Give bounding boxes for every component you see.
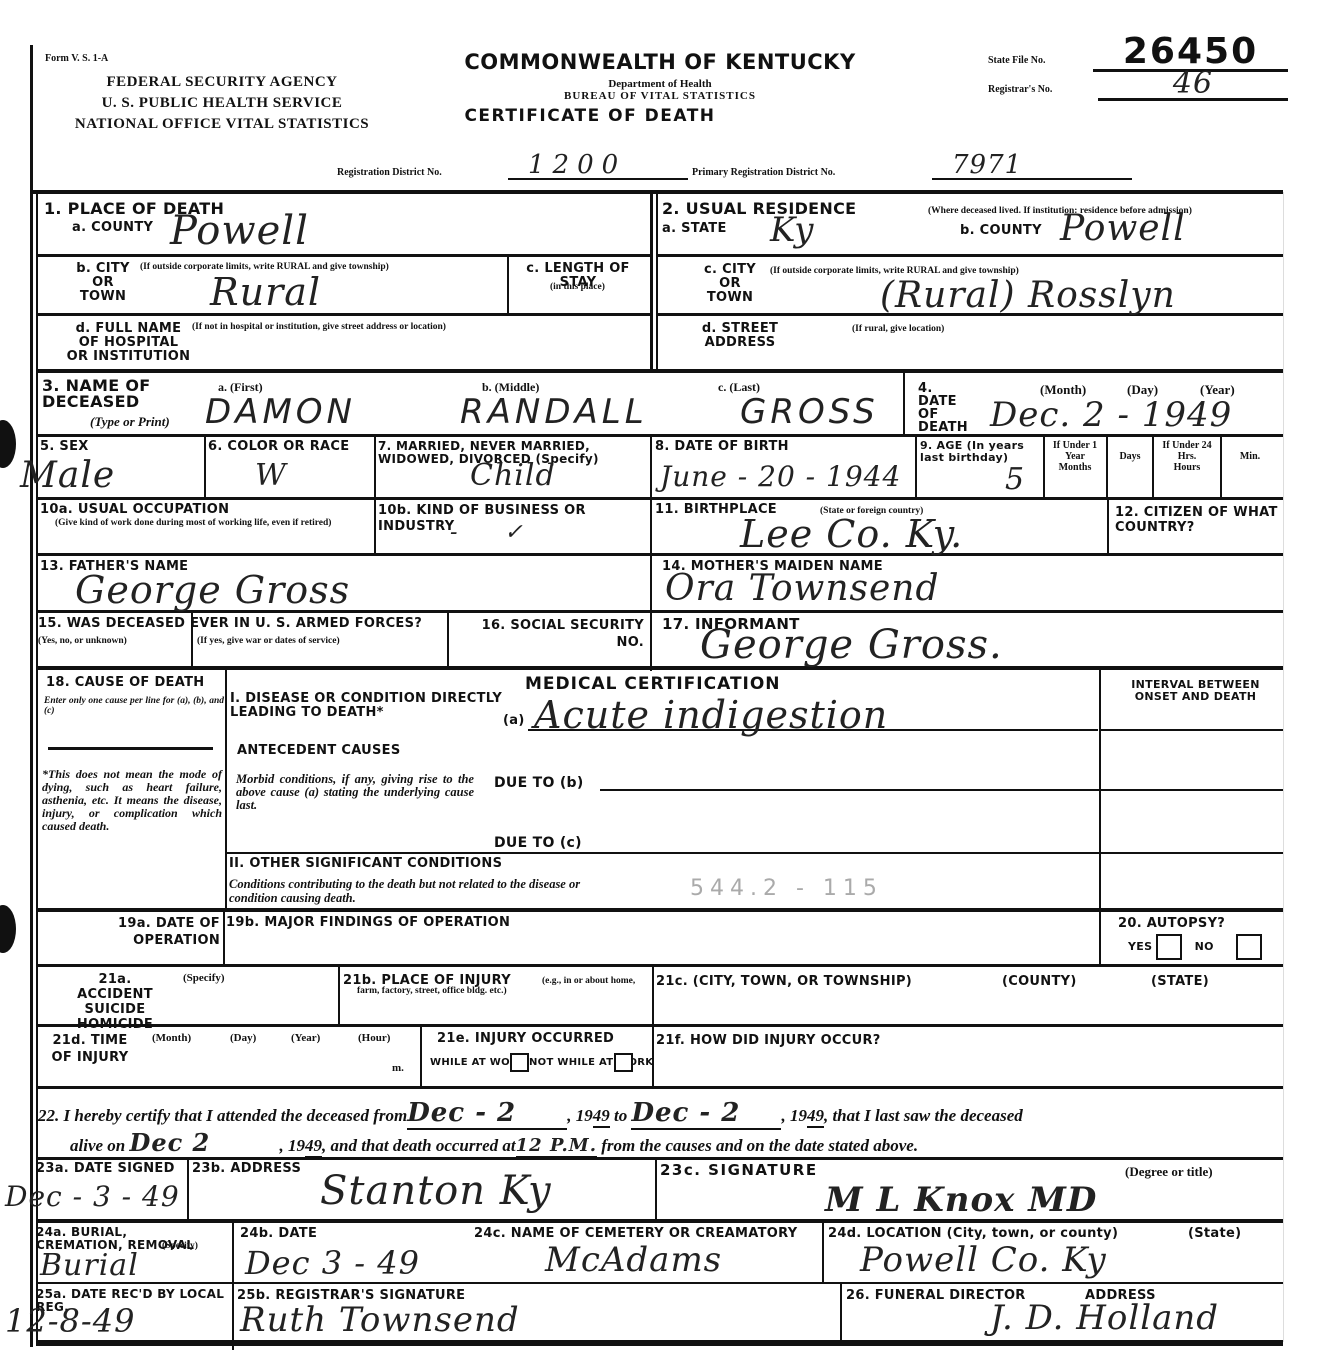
injury-place-note: (e.g., in or about home, farm, factory, …: [357, 976, 652, 996]
alive-on-value[interactable]: Dec 2: [130, 1128, 280, 1159]
burial-specify: (Specify): [162, 1241, 198, 1251]
at-work-label: WHILE AT WORK: [430, 1057, 510, 1068]
death-time-value[interactable]: 12 P.M.: [516, 1135, 597, 1158]
date-signed-label: 23a. DATE SIGNED: [36, 1162, 175, 1176]
divider: [204, 436, 206, 499]
hospital-note: (If not in hospital or institution, give…: [192, 322, 632, 332]
hours-label: Hours: [1155, 462, 1219, 473]
injury-year-label: (Year): [291, 1032, 320, 1044]
burial-date-label: 24b. DATE: [240, 1227, 317, 1241]
cemetery-label: 24c. NAME OF CEMETERY OR CREAMATORY: [474, 1227, 797, 1241]
accident-specify: (Specify): [183, 972, 225, 984]
res-city-value[interactable]: (Rural) Rosslyn: [880, 275, 1176, 316]
location-label: 24d. LOCATION (City, town, or county): [828, 1227, 1118, 1241]
other-conditions-note: Conditions contributing to the death but…: [229, 877, 624, 905]
address-label: 23b. ADDRESS: [192, 1162, 301, 1176]
middle-name-value[interactable]: RANDALL: [460, 392, 648, 432]
armed-forces-label-a: 15. WAS DECEASED EVER IN U. S. ARMED FOR…: [38, 617, 448, 631]
divider: [36, 553, 1283, 556]
autopsy-yes-label: YES: [1128, 940, 1152, 953]
cemetery-value[interactable]: McAdams: [545, 1240, 722, 1280]
divider: [420, 1026, 422, 1088]
father-value[interactable]: George Gross: [75, 568, 350, 612]
cause-of-death-label: 18. CAUSE OF DEATH: [46, 676, 204, 690]
divider: [223, 912, 225, 966]
business-value[interactable]: - ✓: [450, 520, 543, 545]
divider: [374, 436, 376, 554]
registrar-no-value: 46: [1173, 66, 1213, 101]
race-value[interactable]: W: [255, 458, 287, 493]
length-of-stay-note: (in this place): [550, 282, 605, 292]
bureau: BUREAU OF VITAL STATISTICS: [420, 90, 900, 102]
sex-value[interactable]: Male: [20, 455, 115, 496]
injury-hour-label: (Hour): [358, 1032, 390, 1044]
race-label: 6. COLOR OR RACE: [208, 440, 349, 454]
divider: [652, 966, 654, 1088]
primary-reg-district-field: 7971: [932, 150, 1132, 180]
occupation-note: (Give kind of work done during most of w…: [55, 518, 370, 528]
signature-label: 23c. SIGNATURE: [660, 1163, 818, 1177]
reg-district-value: 1200: [528, 150, 626, 180]
autopsy-no-label: NO: [1195, 940, 1214, 953]
divider: [1107, 499, 1109, 555]
age-value[interactable]: 5: [1005, 462, 1025, 497]
year-prefix: , 19: [567, 1106, 593, 1125]
dob-label: 8. DATE OF BIRTH: [655, 440, 789, 454]
min-col: Min.: [1225, 451, 1275, 462]
injury-state-label: (STATE): [1151, 975, 1209, 989]
hospital-label: d. FULL NAME OF HOSPITAL OR INSTITUTION: [66, 322, 191, 364]
age-label: 9. AGE (In years last birthday): [920, 440, 1042, 464]
state-title: COMMONWEALTH OF KENTUCKY: [420, 50, 900, 74]
divider: [48, 747, 213, 750]
cause-note: Enter only one cause per line for (a), (…: [44, 696, 224, 716]
divider: [1099, 912, 1101, 966]
certify-text-3: , and that death occurred at: [322, 1136, 516, 1155]
under-24-label: If Under 24 Hrs.: [1155, 440, 1219, 462]
citizen-label: 12. CITIZEN OF WHAT COUNTRY?: [1115, 505, 1285, 535]
res-city-label: c. CITY OR TOWN: [700, 263, 760, 305]
from-date-value[interactable]: Dec - 2: [407, 1098, 567, 1130]
res-state-value[interactable]: Ky: [770, 210, 814, 250]
certify-line-2: alive on Dec 2, 1949, and that death occ…: [70, 1128, 918, 1159]
form-id: Form V. S. 1-A: [45, 53, 108, 64]
certify-text-1: 22. I hereby certify that I attended the…: [38, 1106, 407, 1125]
left-border: [30, 45, 33, 1347]
armed-forces-note2: (If yes, give war or dates of service): [197, 636, 340, 646]
to-word: to: [614, 1106, 627, 1125]
department: Department of Health: [420, 78, 900, 90]
armed-forces-label: 15. WAS DECEASED EVER IN U. S. ARMED FOR…: [38, 616, 422, 631]
divider: [840, 1284, 842, 1344]
certificate-title: CERTIFICATE OF DEATH: [280, 106, 900, 126]
not-at-work-checkbox[interactable]: [614, 1053, 633, 1072]
injury-time-label: 21d. TIME OF INJURY: [40, 1032, 140, 1066]
divider: [36, 1086, 1283, 1089]
divider: [600, 789, 1283, 791]
divider: [338, 966, 340, 1026]
autopsy-label: 20. AUTOPSY?: [1118, 917, 1225, 931]
res-street-note: (If rural, give location): [852, 324, 944, 334]
divider: [36, 254, 650, 257]
first-name-value[interactable]: DAMON: [205, 392, 356, 432]
divider: [36, 369, 1283, 373]
punch-hole: [0, 420, 16, 468]
burial-value[interactable]: Burial: [40, 1248, 139, 1283]
date-recd-value[interactable]: 12-8-49: [5, 1302, 135, 1340]
location-state-label: (State): [1188, 1227, 1241, 1241]
agency-line: FEDERAL SECURITY AGENCY: [42, 72, 402, 93]
right-border: [1283, 192, 1284, 1342]
registrar-no-label: Registrar's No.: [988, 84, 1052, 95]
address-value[interactable]: Stanton Ky: [320, 1168, 552, 1214]
title-block: COMMONWEALTH OF KENTUCKY Department of H…: [420, 50, 900, 126]
due-c-label: DUE TO (c): [494, 836, 582, 850]
to-year-value[interactable]: 49: [807, 1106, 824, 1128]
divider: [507, 256, 509, 314]
pod-city-label: b. CITY OR TOWN: [68, 262, 138, 304]
mother-value[interactable]: Ora Townsend: [665, 568, 940, 609]
last-name-value[interactable]: GROSS: [740, 392, 879, 432]
ssn-label: 16. SOCIAL SECURITY NO.: [452, 617, 644, 651]
location-value[interactable]: Powell Co. Ky: [860, 1240, 1107, 1280]
pod-city-value[interactable]: Rural: [210, 270, 321, 314]
punch-hole: [0, 905, 16, 953]
res-state-label: a. STATE: [662, 222, 727, 236]
line-a-field: Acute indigestion: [528, 693, 1098, 731]
divider: [822, 1222, 824, 1282]
birthplace-value[interactable]: Lee Co. Ky.: [740, 512, 963, 556]
accident-label: 21a. ACCIDENT SUICIDE HOMICIDE: [60, 972, 170, 1032]
divider: [1106, 436, 1108, 499]
reg-district-field: 1200: [508, 150, 688, 180]
injury-work-options: WHILE AT WORKNOT WHILE AT WORK: [430, 1053, 633, 1072]
divider: [36, 1282, 1283, 1284]
sex-label: 5. SEX: [40, 440, 89, 454]
injury-occurred-label: 21e. INJURY OCCURRED: [437, 1032, 614, 1046]
divider: [650, 192, 653, 370]
divider: [656, 192, 658, 370]
cause-footnote: *This does not mean the mode of dying, s…: [42, 768, 222, 833]
dob-value[interactable]: June - 20 - 1944: [660, 460, 901, 493]
funeral-director-value[interactable]: J. D. Holland: [990, 1298, 1219, 1338]
armed-forces-note1: (Yes, no, or unknown): [38, 636, 127, 646]
certify-text-4: from the causes and on the date stated a…: [601, 1136, 918, 1155]
other-conditions-value[interactable]: 544.2 - 115: [690, 876, 883, 901]
divider: [656, 254, 1283, 257]
date-signed-value[interactable]: Dec - 3 - 49: [5, 1180, 180, 1213]
state-file-label: State File No.: [988, 55, 1046, 66]
primary-reg-district-value: 7971: [952, 150, 1022, 180]
line-a-value[interactable]: Acute indigestion: [534, 693, 888, 737]
antecedent-label: ANTECEDENT CAUSES: [237, 744, 401, 758]
divider: [1152, 436, 1154, 499]
occupation-label: 10a. USUAL OCCUPATION: [40, 503, 229, 517]
name-sublabel: (Type or Print): [90, 414, 170, 430]
injury-month-label: (Month): [152, 1032, 191, 1044]
form-top-rule: [33, 190, 1283, 194]
degree-label: (Degree or title): [1125, 1164, 1213, 1180]
antecedent-note: Morbid conditions, if any, giving rise t…: [236, 773, 474, 812]
divider: [36, 964, 1283, 967]
days-col: Days: [1110, 451, 1150, 462]
divider: [915, 436, 917, 499]
usual-residence-title: 2. USUAL RESIDENCE: [662, 202, 856, 216]
under-1yr-months: If Under 1 Year Months: [1046, 440, 1104, 473]
divider: [1099, 729, 1283, 731]
divider: [36, 313, 650, 316]
alive-on-text: alive on: [70, 1136, 125, 1155]
divider: [36, 497, 1283, 500]
year-prefix-3: , 19: [280, 1136, 306, 1155]
pod-county-value[interactable]: Powell: [170, 208, 309, 254]
at-work-checkbox[interactable]: [510, 1053, 529, 1072]
divider: [187, 1159, 189, 1221]
certify-text-2: , that I last saw the deceased: [824, 1106, 1023, 1125]
name-label: 3. NAME OF DECEASED: [42, 378, 192, 410]
under-24-hours: If Under 24 Hrs. Hours: [1155, 440, 1219, 473]
injury-county-label: (COUNTY): [1002, 975, 1077, 989]
divider: [36, 1024, 1283, 1027]
autopsy-options: YES NO: [1128, 934, 1262, 960]
to-date-value[interactable]: Dec - 2: [631, 1098, 781, 1130]
signature-value[interactable]: M L Knox MD: [825, 1180, 1097, 1220]
reg-district-label: Registration District No.: [337, 167, 442, 178]
alive-year-value[interactable]: 49: [305, 1136, 322, 1158]
res-county-value[interactable]: Powell: [1060, 208, 1186, 249]
from-year-value[interactable]: 49: [593, 1106, 610, 1128]
operation-date-label: 19a. DATE OF OPERATION: [40, 915, 220, 949]
divider: [655, 1159, 657, 1221]
under-1yr-label: If Under 1 Year: [1046, 440, 1104, 462]
operation-findings-label: 19b. MAJOR FINDINGS OF OPERATION: [226, 916, 510, 930]
divider: [36, 666, 1283, 670]
due-b-label: DUE TO (b): [494, 776, 584, 790]
how-injury-label: 21f. HOW DID INJURY OCCUR?: [656, 1034, 881, 1048]
certify-line-1: 22. I hereby certify that I attended the…: [38, 1098, 1023, 1130]
divider: [225, 852, 1283, 854]
burial-date-value[interactable]: Dec 3 - 49: [245, 1244, 420, 1282]
interval-label: INTERVAL BETWEEN ONSET AND DEATH: [1108, 679, 1283, 703]
divider: [36, 1340, 1283, 1346]
registrar-sig-value[interactable]: Ruth Townsend: [240, 1300, 520, 1340]
months-label: Months: [1046, 462, 1104, 473]
divider: [1043, 436, 1045, 499]
dod-label: 4. DATE OF DEATH: [918, 382, 958, 434]
not-at-work-label: NOT WHILE AT WORK: [529, 1057, 614, 1068]
marital-value[interactable]: Child: [470, 458, 556, 493]
year-prefix-2: , 19: [781, 1106, 807, 1125]
injury-city-label: 21c. (CITY, TOWN, OR TOWNSHIP): [656, 975, 912, 989]
res-county-label: b. COUNTY: [960, 224, 1042, 238]
informant-value[interactable]: George Gross.: [700, 622, 1003, 668]
res-street-label: d. STREET ADDRESS: [700, 322, 780, 350]
disease-label: I. DISEASE OR CONDITION DIRECTLY LEADING…: [230, 692, 520, 720]
dod-value[interactable]: Dec. 2 - 1949: [990, 395, 1232, 435]
other-conditions-label: II. OTHER SIGNIFICANT CONDITIONS: [229, 857, 502, 871]
medical-section-title: MEDICAL CERTIFICATION: [525, 677, 781, 691]
registrar-no-field: 46: [1098, 70, 1288, 101]
autopsy-no-checkbox[interactable]: [1236, 934, 1262, 960]
divider: [225, 670, 227, 910]
divider: [903, 372, 905, 436]
primary-reg-district-label: Primary Registration District No.: [692, 167, 835, 178]
divider: [1220, 436, 1222, 499]
injury-m-label: m.: [392, 1062, 404, 1074]
divider: [232, 1222, 234, 1350]
injury-day-label: (Day): [230, 1032, 256, 1044]
pod-county-label: a. COUNTY: [72, 221, 153, 235]
autopsy-yes-checkbox[interactable]: [1156, 934, 1182, 960]
line-a-label: (a): [503, 714, 525, 728]
